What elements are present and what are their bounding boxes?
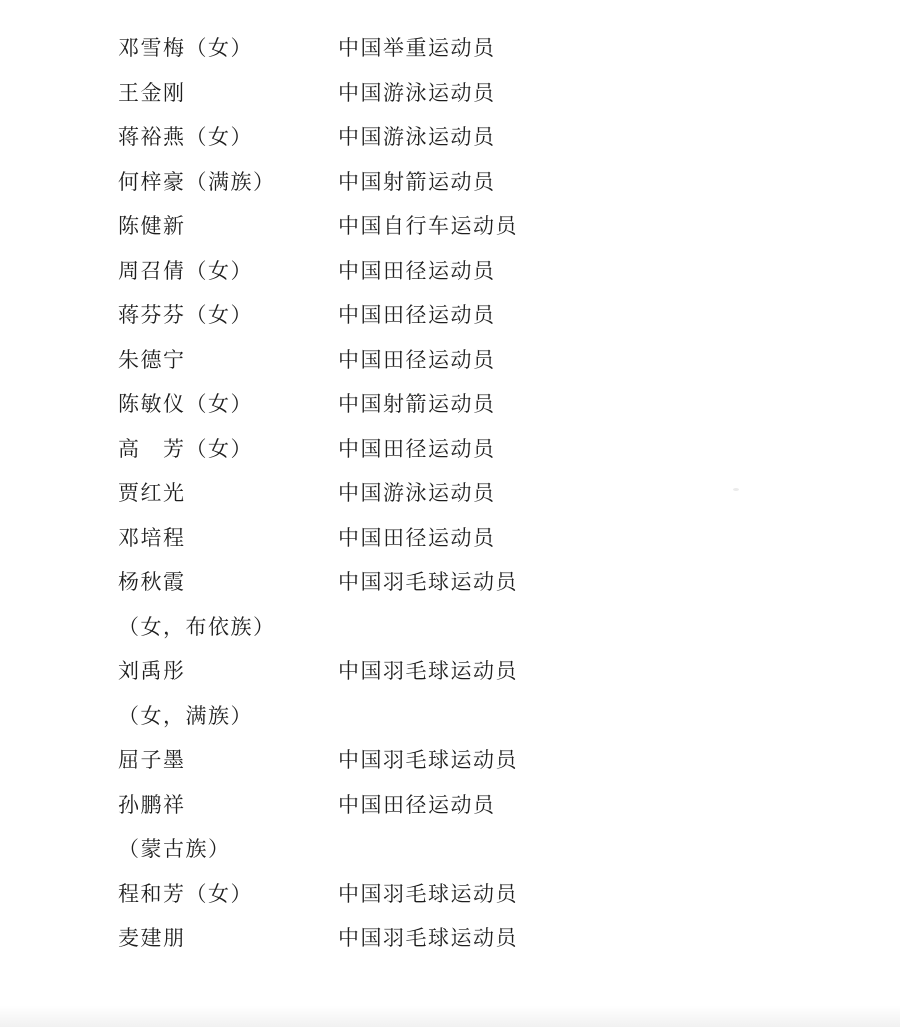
athlete-name: 杨秋霞 — [118, 566, 338, 596]
athlete-description: 中国羽毛球运动员 — [338, 566, 518, 596]
athlete-name: （女，布依族） — [118, 611, 338, 641]
table-row: 贾红光 中国游泳运动员 — [118, 470, 518, 515]
athlete-description: 中国自行车运动员 — [338, 210, 518, 240]
athlete-name: 周召倩（女） — [118, 255, 338, 285]
athlete-description: 中国游泳运动员 — [338, 77, 496, 107]
table-row: 麦建朋 中国羽毛球运动员 — [118, 915, 518, 960]
scan-artifact-speck — [733, 488, 739, 491]
athlete-name: 朱德宁 — [118, 344, 338, 374]
athlete-name: 刘禹彤 — [118, 655, 338, 685]
athlete-description: 中国田径运动员 — [338, 344, 496, 374]
athlete-description: 中国田径运动员 — [338, 255, 496, 285]
athlete-name: 邓雪梅（女） — [118, 32, 338, 62]
athlete-description: 中国射箭运动员 — [338, 166, 496, 196]
table-row: 高 芳（女） 中国田径运动员 — [118, 426, 518, 471]
table-row: 邓培程 中国田径运动员 — [118, 515, 518, 560]
table-row: （蒙古族） — [118, 826, 518, 871]
athlete-description: 中国羽毛球运动员 — [338, 655, 518, 685]
document-page: 邓雪梅（女） 中国举重运动员 王金刚 中国游泳运动员 蒋裕燕（女） 中国游泳运动… — [0, 0, 900, 1027]
athlete-description: 中国游泳运动员 — [338, 477, 496, 507]
table-row: 周召倩（女） 中国田径运动员 — [118, 248, 518, 293]
athlete-description: 中国田径运动员 — [338, 789, 496, 819]
athlete-name: （蒙古族） — [118, 833, 338, 863]
table-row: 朱德宁 中国田径运动员 — [118, 337, 518, 382]
table-row: 屈子墨 中国羽毛球运动员 — [118, 737, 518, 782]
athlete-name: 王金刚 — [118, 77, 338, 107]
table-row: （女，布依族） — [118, 604, 518, 649]
athlete-name: 何梓豪（满族） — [118, 166, 338, 196]
athlete-description: 中国羽毛球运动员 — [338, 922, 518, 952]
athlete-name: 屈子墨 — [118, 744, 338, 774]
athlete-description: 中国羽毛球运动员 — [338, 878, 518, 908]
table-row: （女，满族） — [118, 693, 518, 738]
table-row: 程和芳（女） 中国羽毛球运动员 — [118, 871, 518, 916]
athlete-description: 中国射箭运动员 — [338, 388, 496, 418]
athlete-description: 中国田径运动员 — [338, 433, 496, 463]
athlete-name: 蒋芬芬（女） — [118, 299, 338, 329]
athlete-name: 贾红光 — [118, 477, 338, 507]
table-row: 孙鹏祥 中国田径运动员 — [118, 782, 518, 827]
athlete-name: （女，满族） — [118, 700, 338, 730]
table-row: 蒋芬芬（女） 中国田径运动员 — [118, 292, 518, 337]
table-row: 陈健新 中国自行车运动员 — [118, 203, 518, 248]
athlete-description: 中国羽毛球运动员 — [338, 744, 518, 774]
table-row: 杨秋霞 中国羽毛球运动员 — [118, 559, 518, 604]
table-row: 邓雪梅（女） 中国举重运动员 — [118, 25, 518, 70]
athlete-name: 蒋裕燕（女） — [118, 121, 338, 151]
table-row: 刘禹彤 中国羽毛球运动员 — [118, 648, 518, 693]
athlete-description: 中国田径运动员 — [338, 522, 496, 552]
athlete-description: 中国田径运动员 — [338, 299, 496, 329]
athlete-name: 陈健新 — [118, 210, 338, 240]
athlete-description: 中国游泳运动员 — [338, 121, 496, 151]
athlete-roster: 邓雪梅（女） 中国举重运动员 王金刚 中国游泳运动员 蒋裕燕（女） 中国游泳运动… — [118, 25, 518, 960]
athlete-name: 程和芳（女） — [118, 878, 338, 908]
athlete-name: 麦建朋 — [118, 922, 338, 952]
table-row: 陈敏仪（女） 中国射箭运动员 — [118, 381, 518, 426]
athlete-description: 中国举重运动员 — [338, 32, 496, 62]
athlete-name: 邓培程 — [118, 522, 338, 552]
table-row: 何梓豪（满族） 中国射箭运动员 — [118, 159, 518, 204]
table-row: 蒋裕燕（女） 中国游泳运动员 — [118, 114, 518, 159]
athlete-name: 陈敏仪（女） — [118, 388, 338, 418]
athlete-name: 孙鹏祥 — [118, 789, 338, 819]
table-row: 王金刚 中国游泳运动员 — [118, 70, 518, 115]
page-edge-shadow — [0, 1005, 900, 1027]
athlete-name: 高 芳（女） — [118, 433, 338, 463]
